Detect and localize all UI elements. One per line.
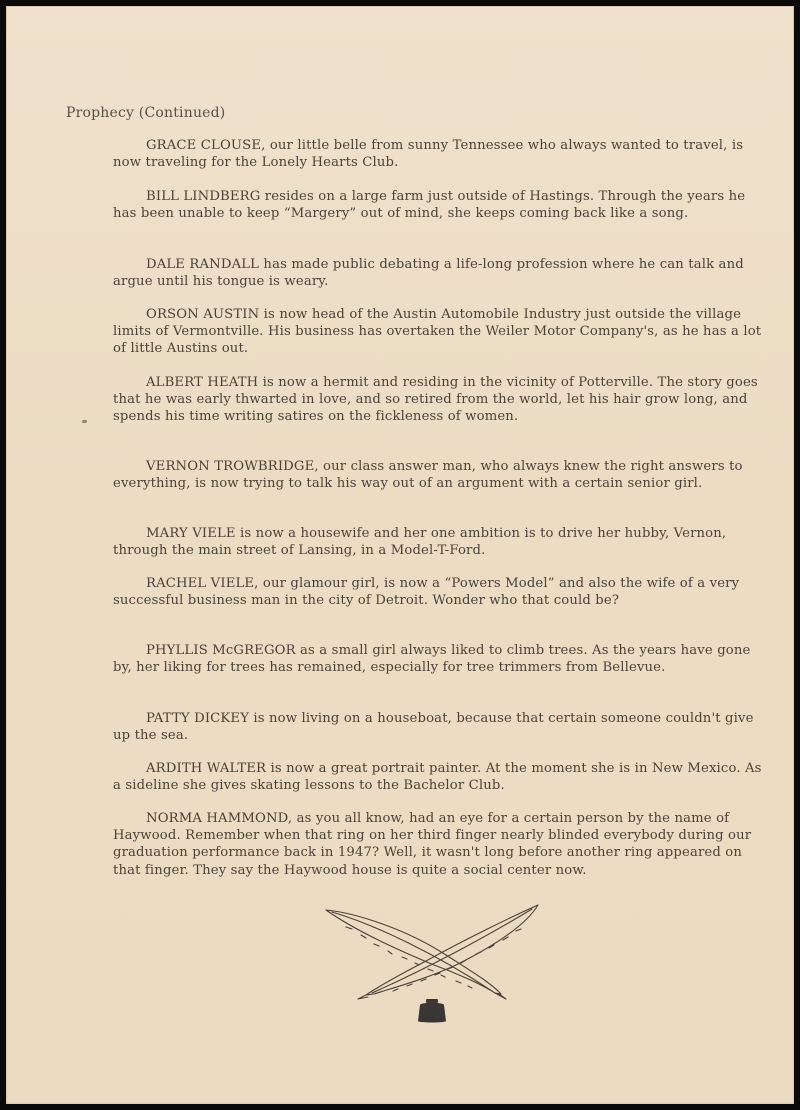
person-name: VERNON TROWBRIDGE, [146, 459, 319, 474]
paragraph-orson-austin: ORSON AUSTIN is now head of the Austin A… [113, 306, 763, 358]
paragraph-patty-dickey: PATTY DICKEY is now living on a houseboa… [113, 710, 763, 744]
person-name: PATTY DICKEY [146, 711, 249, 726]
paragraph-phyllis-mcgregor: PHYLLIS McGREGOR as a small girl always … [113, 642, 763, 676]
paragraph-bill-lindberg: BILL LINDBERG resides on a large farm ju… [113, 188, 763, 222]
person-name: MARY VIELE [146, 526, 236, 541]
paragraph-ardith-walter: ARDITH WALTER is now a great portrait pa… [113, 760, 763, 794]
page-heading: Prophecy (Continued) [66, 105, 225, 121]
document-page: Prophecy (Continued) GRACE CLOUSE, our l… [6, 6, 794, 1104]
paragraph-albert-heath: ALBERT HEATH is now a hermit and residin… [113, 374, 763, 426]
person-name: GRACE CLOUSE, [146, 138, 265, 153]
paragraph-vernon-trowbridge: VERNON TROWBRIDGE, our class answer man,… [113, 458, 763, 492]
person-name: ORSON AUSTIN [146, 307, 259, 322]
person-name: RACHEL VIELE, [146, 576, 259, 591]
person-name: NORMA HAMMOND, [146, 811, 292, 826]
crossed-quill-pens-and-inkwell-icon [316, 899, 546, 1024]
inkwell-icon [418, 999, 446, 1023]
document-body: Prophecy (Continued) GRACE CLOUSE, our l… [6, 6, 794, 1104]
paragraph-mary-viele: MARY VIELE is now a housewife and her on… [113, 525, 763, 559]
person-name: ALBERT HEATH [146, 375, 258, 390]
person-name: ARDITH WALTER [146, 761, 266, 776]
paragraph-rachel-viele: RACHEL VIELE, our glamour girl, is now a… [113, 575, 763, 609]
person-name: DALE RANDALL [146, 257, 259, 272]
paragraph-dale-randall: DALE RANDALL has made public debating a … [113, 256, 763, 290]
person-name: BILL LINDBERG [146, 189, 260, 204]
paragraph-norma-hammond: NORMA HAMMOND, as you all know, had an e… [113, 810, 763, 879]
margin-mark [82, 420, 87, 423]
person-name: PHYLLIS McGREGOR [146, 643, 296, 658]
paragraph-grace-clouse: GRACE CLOUSE, our little belle from sunn… [113, 137, 763, 171]
